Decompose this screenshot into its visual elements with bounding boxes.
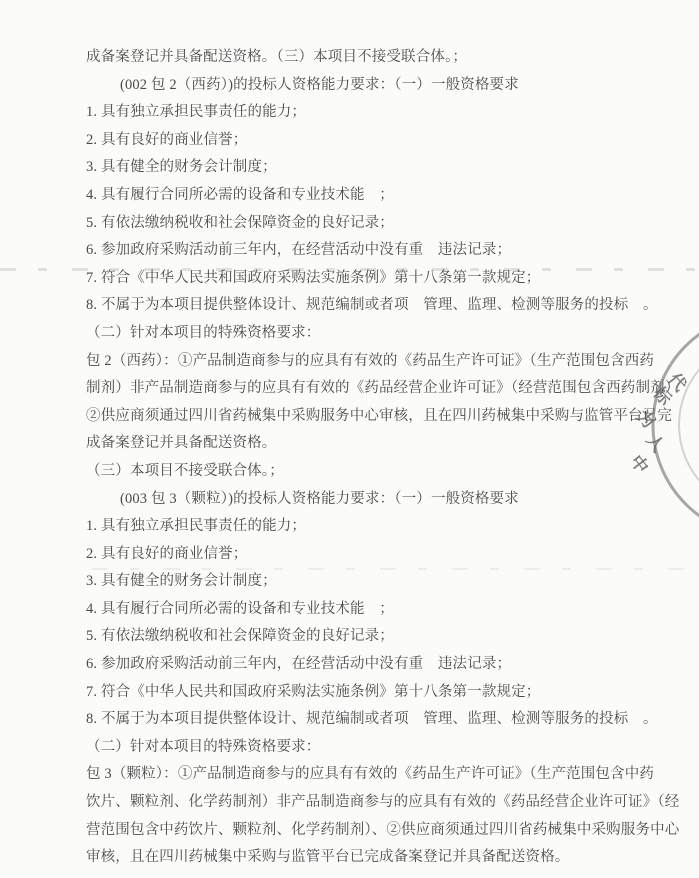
text-line: 制剂）非产品制造商参与的应具有有效的《药品经营企业许可证》（经营范围包含西药制剂… xyxy=(86,375,686,403)
seal-outer-arc xyxy=(653,313,699,537)
text-line: 7. 符合《中华人民共和国政府采购法实施条例》第十八条第一款规定； xyxy=(86,679,686,707)
text-line: 6. 参加政府采购活动前三年内，在经营活动中没有重 违法记录； xyxy=(86,237,686,265)
text-line: 7. 符合《中华人民共和国政府采购法实施条例》第十八条第一款规定； xyxy=(86,265,686,293)
seal-char: 人 xyxy=(642,431,667,456)
text-line: 8. 不属于为本项目提供整体设计、规范编制或者项 管理、监理、检测等服务的投标 … xyxy=(86,706,686,734)
text-line: 营范围包含中药饮片、颗粒剂、化学药制剂）、②供应商须通过四川省药械集中采购服务中… xyxy=(86,817,686,845)
seal-inner-arc xyxy=(679,339,699,511)
text-line: 3. 具有健全的财务会计制度； xyxy=(86,568,686,596)
text-line: 饮片、颗粒剂、化学药制剂）非产品制造商参与的应具有有效的《药品经营企业许可证》（… xyxy=(86,789,686,817)
seal-char: 中 xyxy=(626,451,652,477)
text-line: 审核，且在四川药械集中采购与监管平台已完成备案登记并具备配送资格。 xyxy=(86,844,686,872)
text-line: 包 2（西药）：①产品制造商参与的应具有有效的《药品生产许可证》（生产范围包含西… xyxy=(86,348,686,376)
text-line: ②供应商须通过四川省药械集中采购服务中心审核，且在四川药械集中采购与监管平台已完 xyxy=(86,403,686,431)
text-line: (003 包 3（颗粒）)的投标人资格能力要求：（一）一般资格要求 xyxy=(86,486,686,514)
text-line: 6. 参加政府采购活动前三年内，在经营活动中没有重 违法记录； xyxy=(86,651,686,679)
text-line: （二）针对本项目的特殊资格要求： xyxy=(86,320,686,348)
document-text-block: 成备案登记并具备配送资格。（三）本项目不接受联合体。； (002 包 2（西药）… xyxy=(86,44,686,872)
text-line: 1. 具有独立承担民事责任的能力； xyxy=(86,99,686,127)
document-page: 成备案登记并具备配送资格。（三）本项目不接受联合体。； (002 包 2（西药）… xyxy=(0,0,699,878)
text-line: 2. 具有良好的商业信誉； xyxy=(86,127,686,155)
text-line: （二）针对本项目的特殊资格要求： xyxy=(86,734,686,762)
seal-stamp-icon: 中 人 为 标 代 xyxy=(612,336,699,518)
text-line: 4. 具有履行合同所必需的设备和专业技术能 ； xyxy=(86,596,686,624)
text-line: (002 包 2（西药）)的投标人资格能力要求：（一）一般资格要求 xyxy=(86,72,686,100)
text-line: 成备案登记并具备配送资格。 xyxy=(86,430,686,458)
text-line: 成备案登记并具备配送资格。（三）本项目不接受联合体。； xyxy=(86,44,686,72)
text-line: 包 3（颗粒）：①产品制造商参与的应具有有效的《药品生产许可证》（生产范围包含中… xyxy=(86,761,686,789)
text-line: 5. 有依法缴纳税收和社会保障资金的良好记录； xyxy=(86,623,686,651)
text-line: 4. 具有履行合同所必需的设备和专业技术能 ； xyxy=(86,182,686,210)
text-line: 5. 有依法缴纳税收和社会保障资金的良好记录； xyxy=(86,210,686,238)
text-line: 2. 具有良好的商业信誉； xyxy=(86,541,686,569)
text-line: （三）本项目不接受联合体。； xyxy=(86,458,686,486)
text-line: 3. 具有健全的财务会计制度； xyxy=(86,154,686,182)
text-line: 8. 不属于为本项目提供整体设计、规范编制或者项 管理、监理、检测等服务的投标 … xyxy=(86,292,686,320)
text-line: 1. 具有独立承担民事责任的能力； xyxy=(86,513,686,541)
